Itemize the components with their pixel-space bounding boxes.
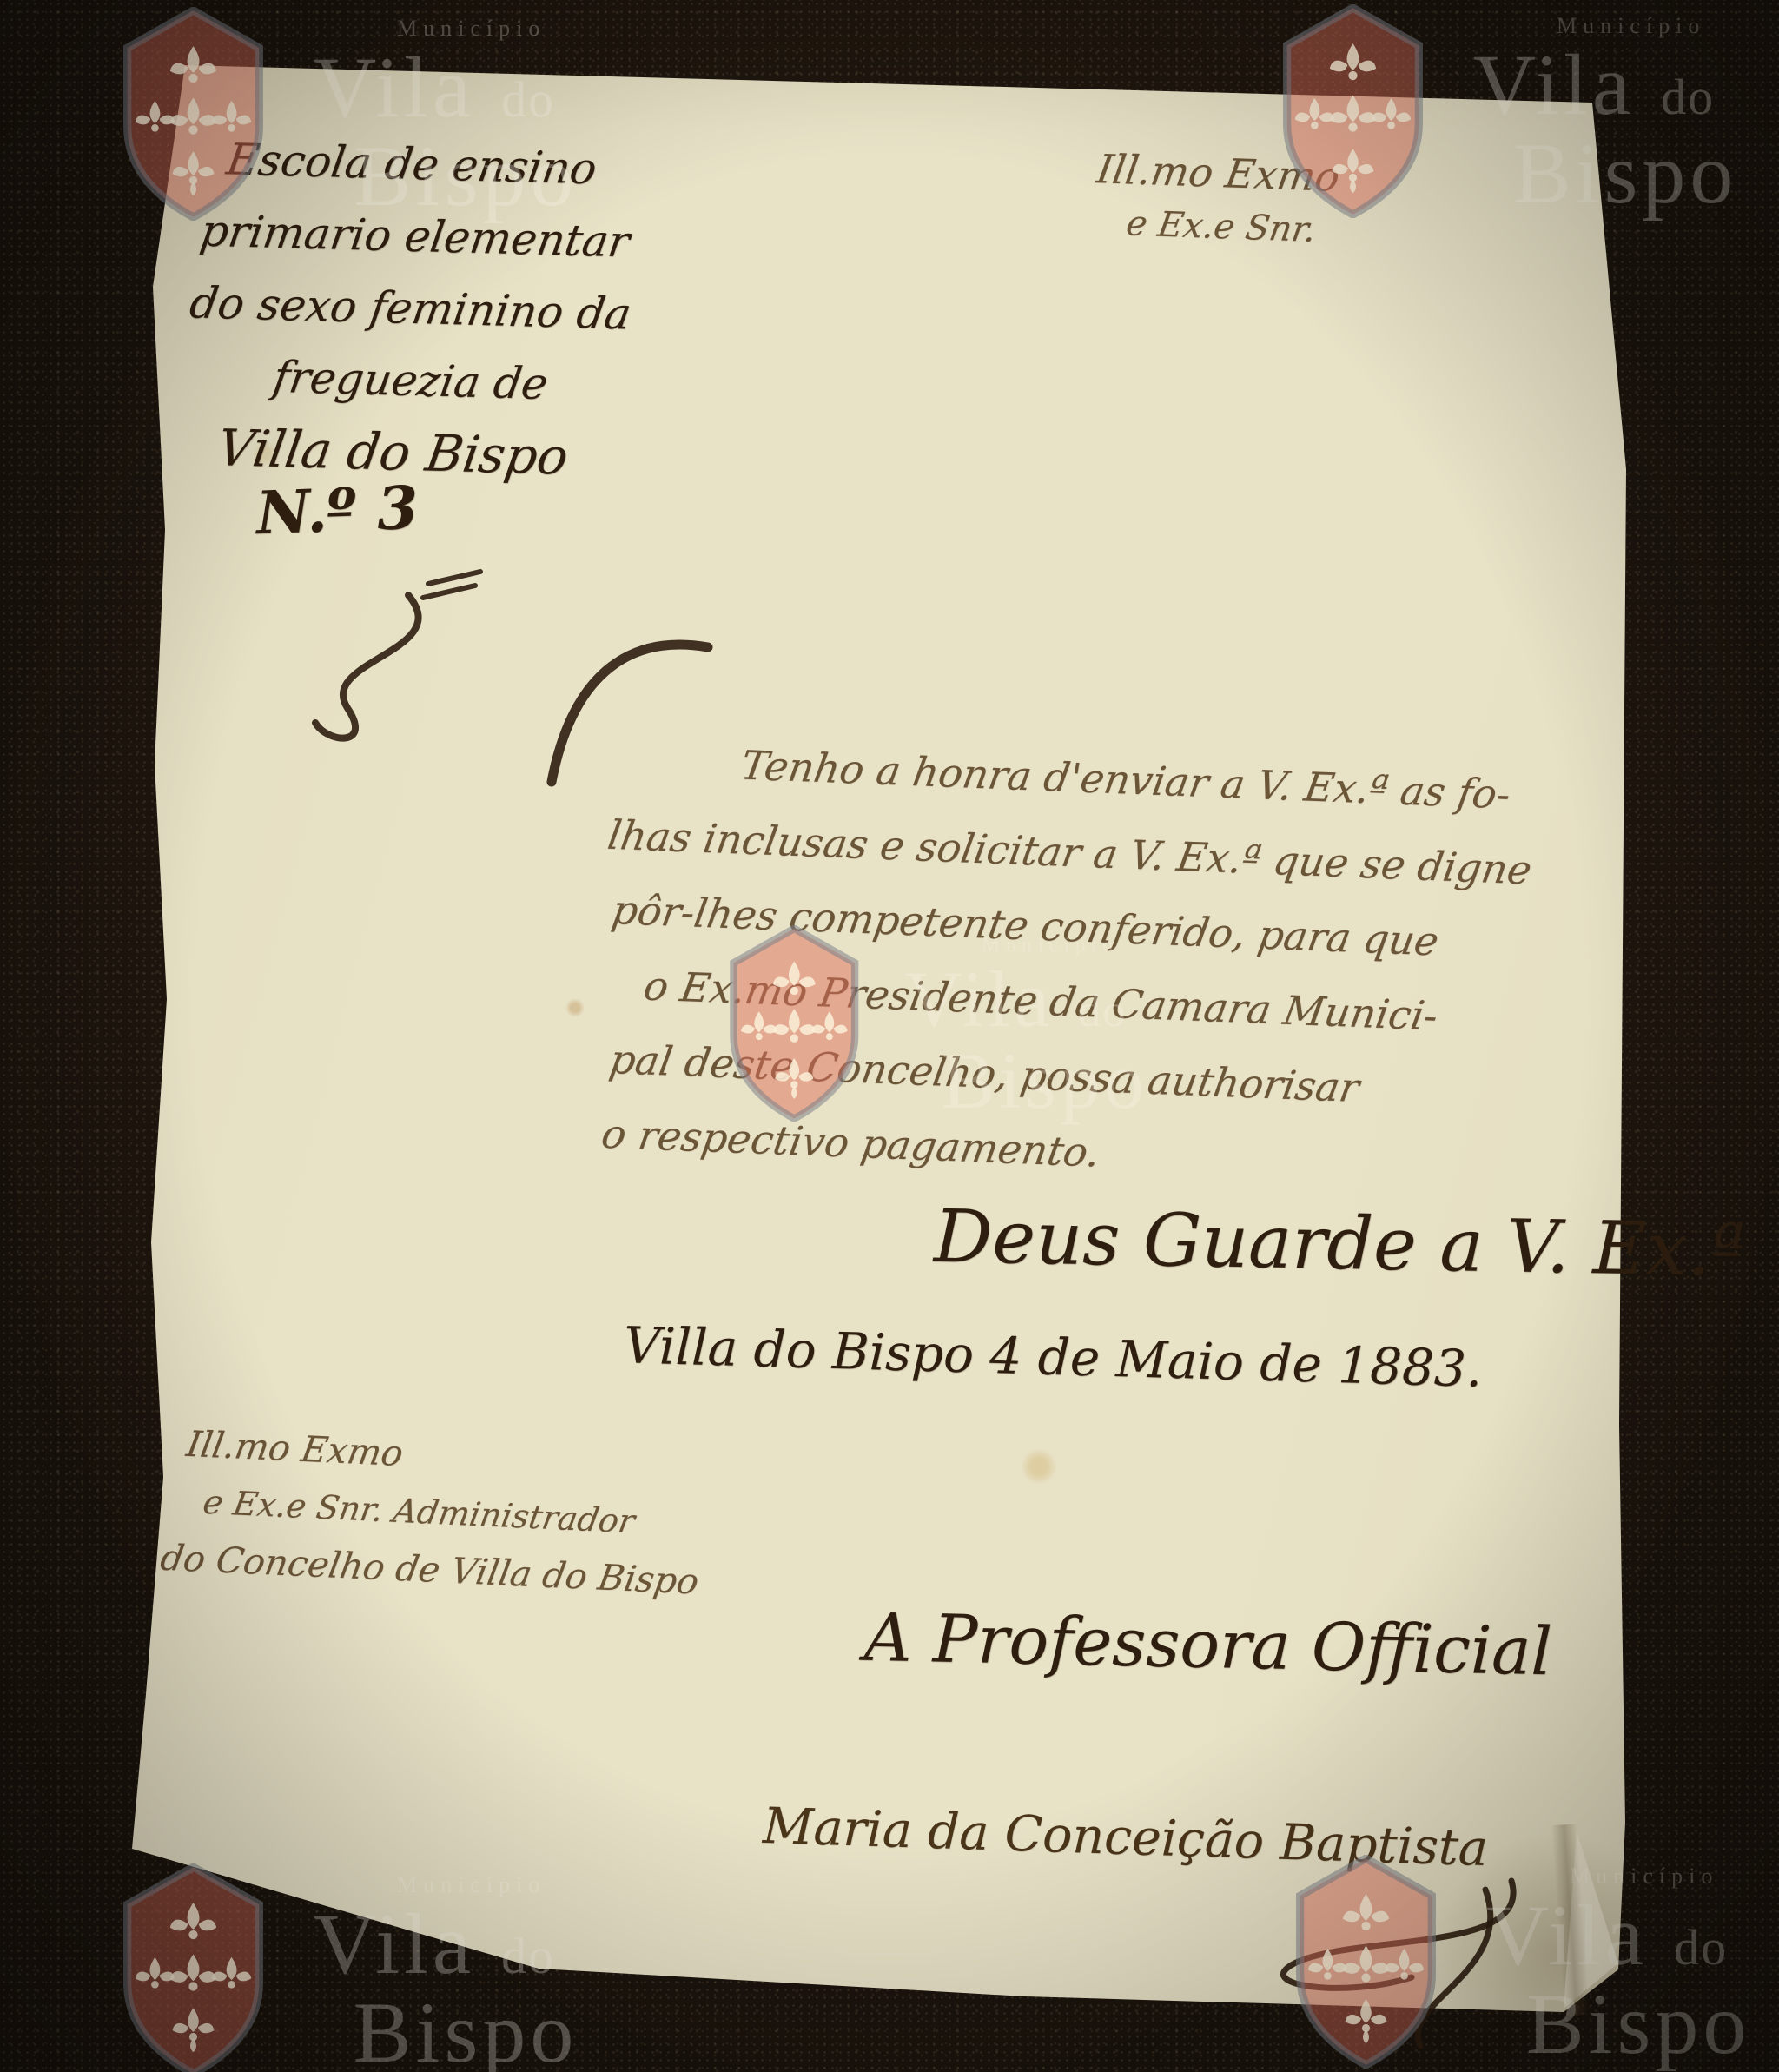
closing-formula: Deus Guarde a V. Ex.ª: [933, 1194, 1746, 1293]
municipal-shield-icon: [104, 1863, 282, 2072]
letterhead: Escola de ensino primario elementar do s…: [191, 123, 636, 495]
signer-role: A Professora Official: [863, 1599, 1553, 1691]
watermark-name: do: [1674, 1919, 1728, 1976]
letter-body: Tenho a honra d'enviar a V. Ex.ª as fo- …: [595, 723, 1535, 1206]
closing-text: Deus Guarde a V. Ex.ª: [933, 1194, 1746, 1293]
letterhead-line: primario elementar: [195, 195, 638, 279]
photo-stage: Escola de ensino primario elementar do s…: [0, 0, 1779, 2072]
letterhead-line: freguezia de: [268, 341, 634, 422]
watermark-name: Bispo: [354, 1989, 578, 2072]
document-number: N.º 3: [255, 473, 420, 548]
signer-role-text: A Professora Official: [863, 1599, 1553, 1691]
addressee-block: Ill.mo Exmo e Ex.e Snr. Administrador do…: [170, 1414, 705, 1610]
watermark-name: do: [1661, 69, 1715, 125]
salutation-line: e Ex.e Snr.: [1123, 203, 1340, 250]
watermark-municipality-label: Município: [1557, 13, 1737, 39]
letterhead-line: Escola de ensino: [222, 123, 639, 206]
watermark-municipality-label: Município: [397, 16, 578, 42]
salutation: Ill.mo Exmo e Ex.e Snr.: [1095, 145, 1340, 251]
document-number-text: N.º 3: [255, 473, 420, 548]
letterhead-line: do sexo feminino da: [185, 267, 636, 350]
salutation-line: Ill.mo Exmo: [1094, 145, 1343, 200]
